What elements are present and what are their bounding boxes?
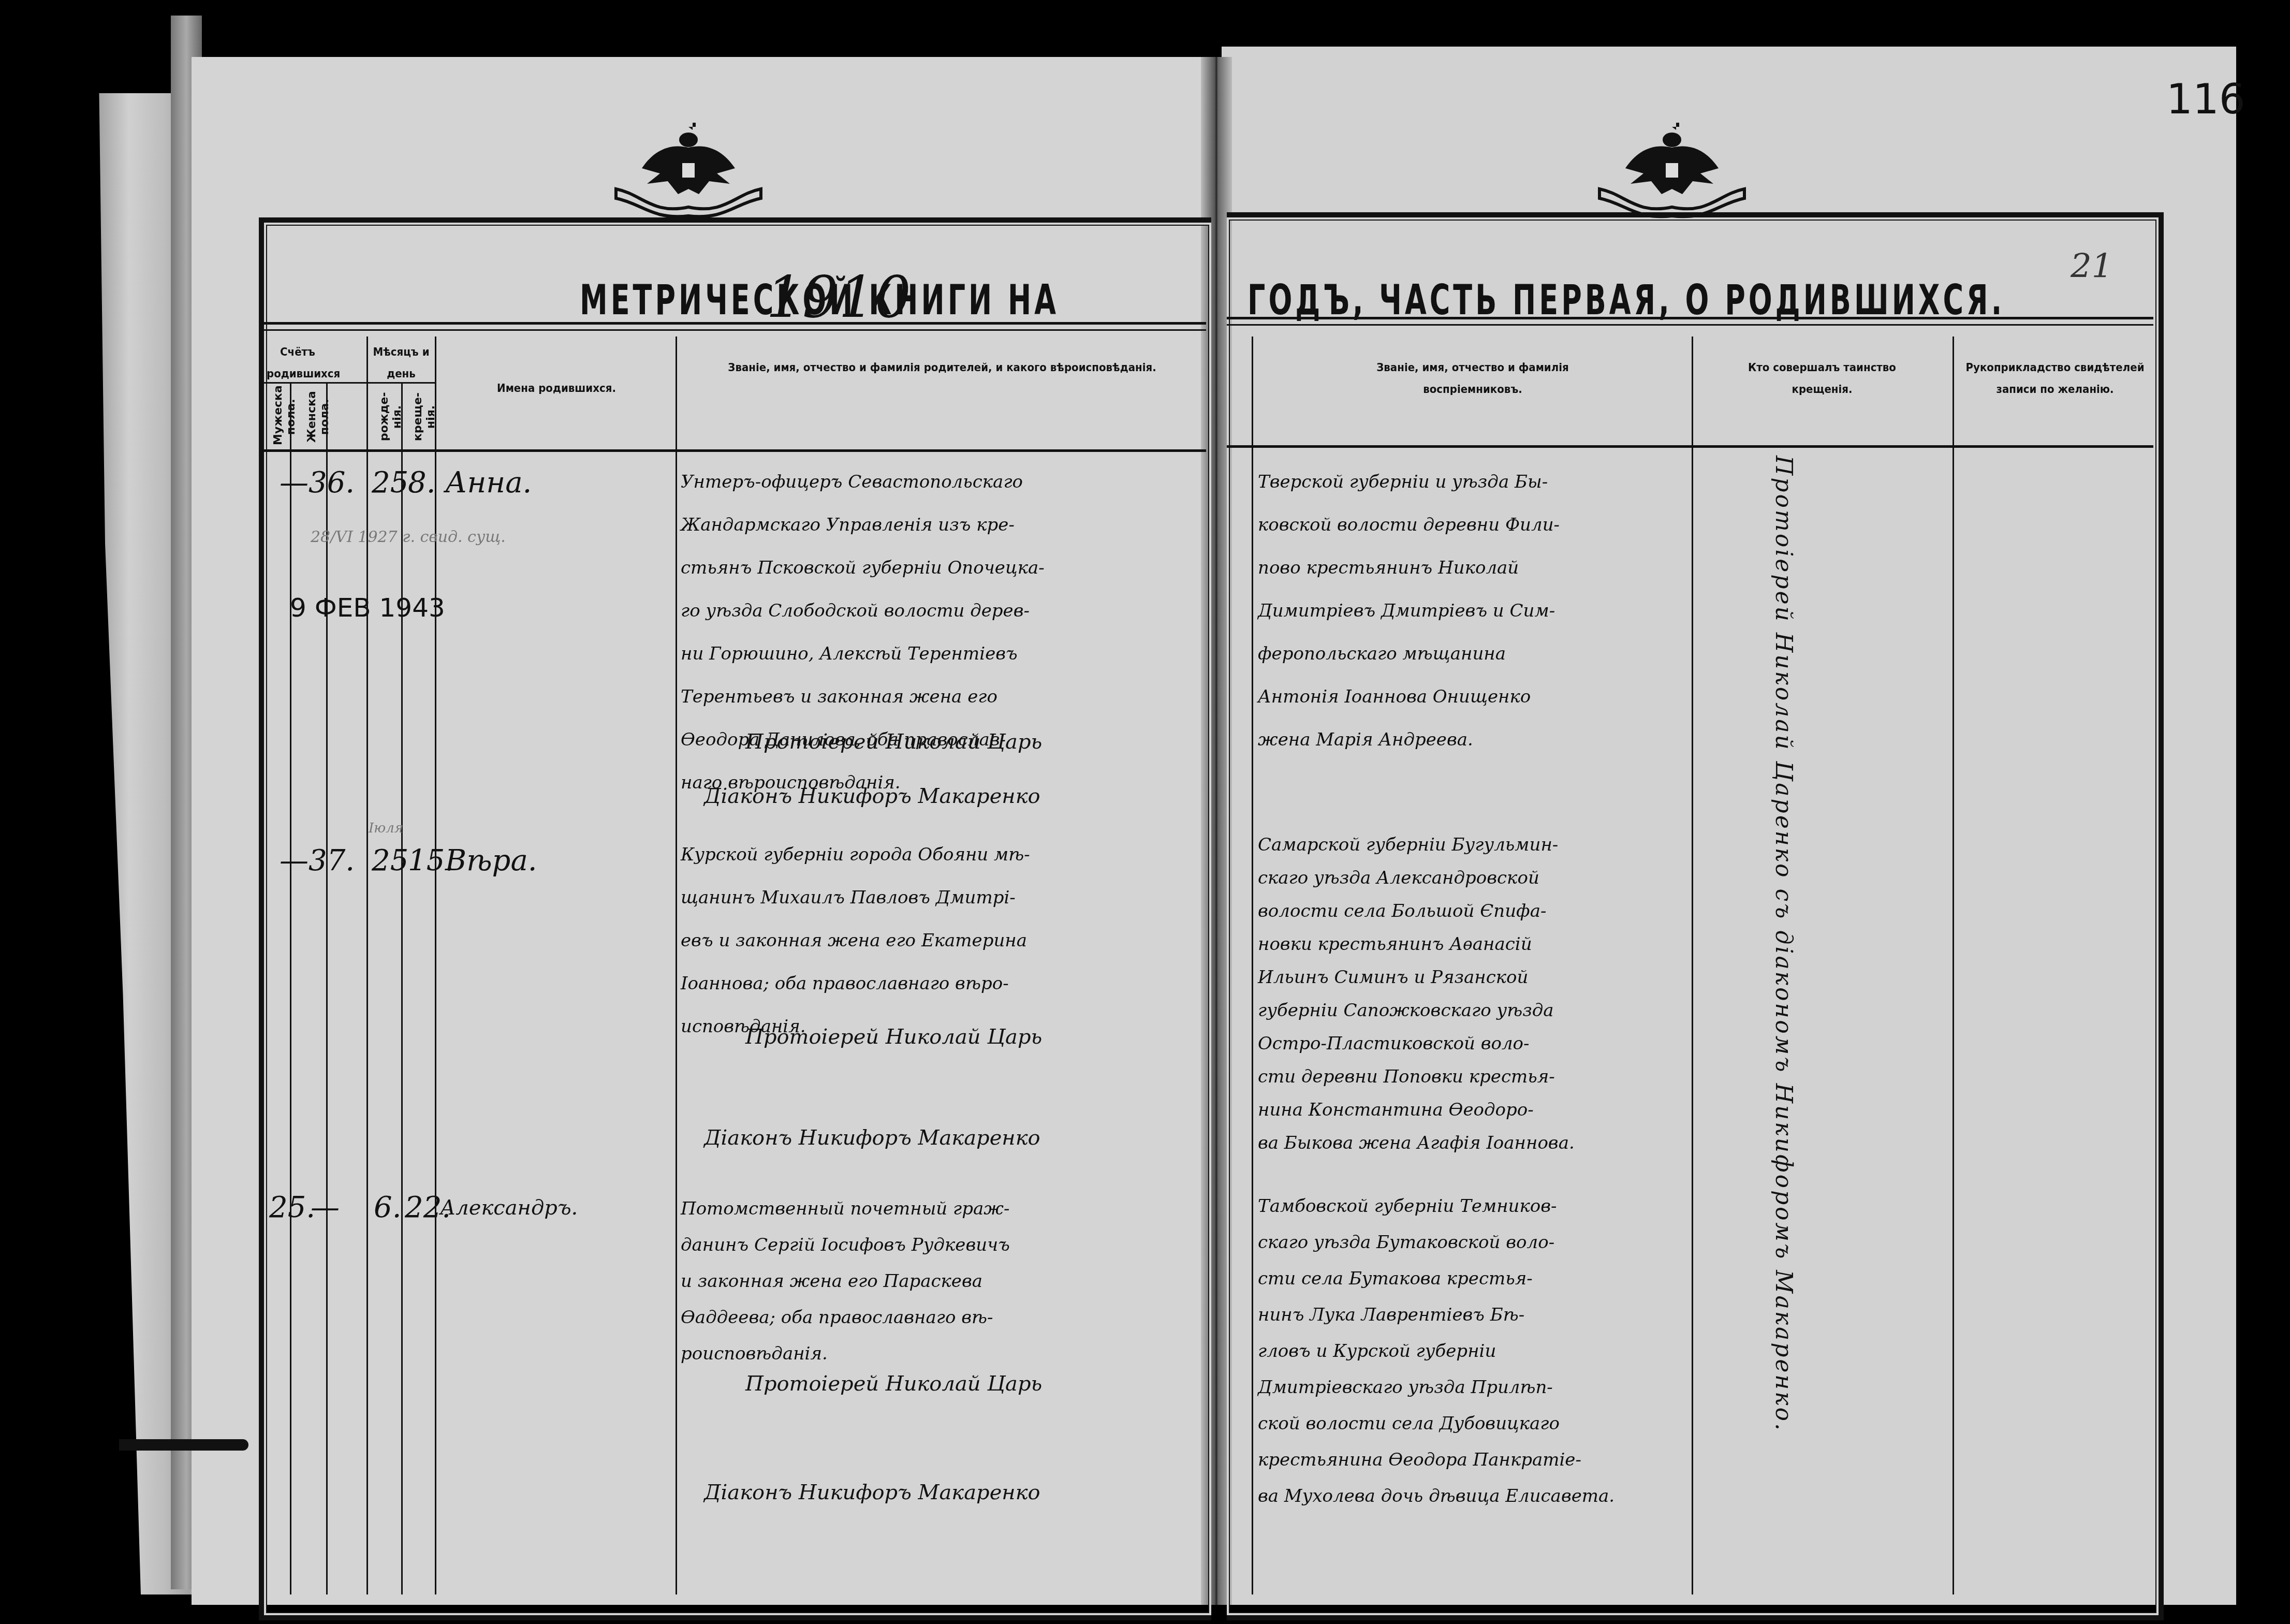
entry-godparents: Тамбовской губерніи Темников-скаго уѣзда… bbox=[1258, 1188, 1693, 1514]
officiant-vertical-signature: Протоіерей Николай Царенко съ діакономъ … bbox=[1770, 456, 1797, 1465]
entry-child-name: Анна. bbox=[445, 466, 532, 500]
entry-child-name: Александръ. bbox=[440, 1196, 578, 1220]
entry-godparents: Тверской губерніи и уѣзда Бы-ковской вол… bbox=[1258, 461, 1693, 762]
entry-male-count: — bbox=[280, 466, 309, 500]
folio-number: 116 bbox=[2166, 75, 2245, 123]
entry-male-count: — bbox=[280, 844, 309, 877]
header-officiant: Кто совершалъ таинство крещенія. bbox=[1698, 357, 1946, 401]
entry-female-count: 36. bbox=[309, 466, 355, 500]
entry-male-count: 25. bbox=[269, 1191, 315, 1224]
column-divider bbox=[676, 336, 677, 1594]
column-divider bbox=[326, 383, 328, 1594]
deacon-signature: Діаконъ Никифоръ Макаренко bbox=[704, 784, 1040, 808]
archive-date-stamp: 9 ФЕВ 1943 bbox=[290, 593, 445, 623]
column-divider bbox=[401, 383, 403, 1594]
header-birth: рожде-нія. bbox=[378, 388, 404, 445]
column-divider bbox=[290, 383, 291, 1594]
title-rule bbox=[264, 322, 1206, 325]
header-witnesses: Рукоприкладство свидѣтелей записи по жел… bbox=[1957, 357, 2153, 401]
entry-child-name: Вѣра. bbox=[445, 844, 537, 877]
entry-birth-day: 6. bbox=[374, 1191, 401, 1224]
entry-godparents: Самарской губерніи Бугульмин-скаго уѣзда… bbox=[1258, 828, 1693, 1160]
title-rule bbox=[264, 329, 1206, 331]
priest-signature: Протоіерей Николай Царь bbox=[745, 730, 1042, 754]
header-rule bbox=[264, 449, 1206, 452]
deacon-signature: Діаконъ Никифоръ Макаренко bbox=[704, 1481, 1040, 1504]
imperial-eagle-emblem-icon bbox=[1594, 116, 1750, 220]
title-rule bbox=[1227, 317, 2153, 319]
title-year: 1910 bbox=[766, 264, 911, 330]
entry-birth-day: 25 bbox=[372, 466, 408, 500]
header-male: Мужеска пола. bbox=[272, 388, 298, 445]
header-parents: Званіе, имя, отчество и фамилія родителе… bbox=[683, 357, 1201, 379]
entry-female-count: — bbox=[311, 1191, 340, 1224]
header-month-day: Мѣсяцъ и день bbox=[370, 342, 432, 385]
header-rule bbox=[1227, 445, 2153, 448]
priest-signature: Протоіерей Николай Царь bbox=[745, 1372, 1042, 1396]
header-female: Женска пола. bbox=[305, 388, 331, 445]
column-divider bbox=[1252, 336, 1253, 1594]
imperial-eagle-emblem-icon bbox=[611, 116, 766, 220]
column-divider bbox=[1953, 336, 1954, 1594]
column-divider bbox=[435, 336, 436, 1594]
deacon-signature: Діаконъ Никифоръ Макаренко bbox=[704, 1126, 1040, 1150]
entry-parents: Потомственный почетный граж-данинъ Сергі… bbox=[681, 1191, 1198, 1372]
entry-month-note: Іюля bbox=[369, 821, 403, 836]
entry-female-count: 37. bbox=[309, 844, 355, 877]
column-divider bbox=[366, 336, 368, 1594]
entry-baptism-day: 8. bbox=[408, 466, 435, 500]
header-baptism: креще-нія. bbox=[412, 388, 437, 445]
title-rule bbox=[1227, 324, 2153, 326]
sheet-number: 21 bbox=[2071, 247, 2112, 286]
entry-birth-day: 25 bbox=[372, 844, 408, 877]
header-godparents: Званіе, имя, отчество и фамилія воспріем… bbox=[1258, 357, 1687, 401]
entry-parents: Курской губерніи города Обояни мѣ-щанинъ… bbox=[681, 833, 1198, 1048]
header-names: Имена родившихся. bbox=[440, 378, 673, 400]
bookmark-ribbon bbox=[119, 1439, 248, 1451]
priest-signature: Протоіерей Николай Царь bbox=[745, 1025, 1042, 1049]
entry-margin-note: 28/VI 1927 г. свид. сущ. bbox=[311, 528, 506, 546]
header-birth-count: Счётъ родившихся bbox=[267, 342, 329, 385]
